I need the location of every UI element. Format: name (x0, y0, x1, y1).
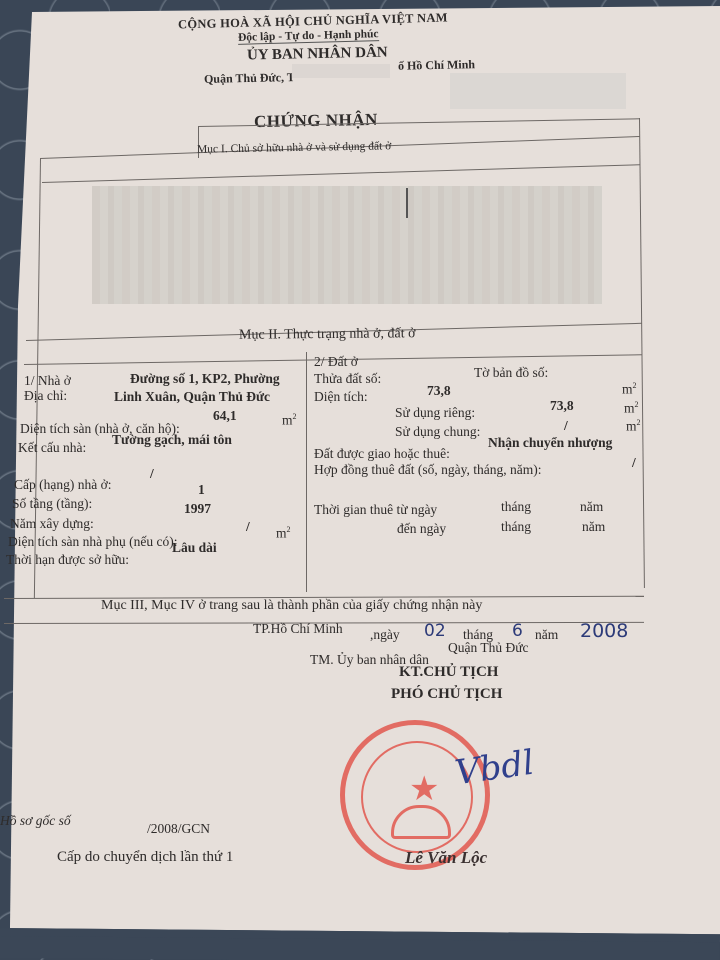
shared-use-unit: m2 (626, 418, 641, 435)
address-label: Địa chỉ: (24, 388, 67, 404)
lease-from-month-label: tháng (501, 499, 531, 515)
issuer-district: Quận Thủ Đức, T (204, 70, 295, 87)
owner-info-redacted (92, 186, 602, 304)
redaction (292, 64, 390, 78)
issuer-city: ố Hồ Chí Minh (398, 57, 475, 74)
land-heading: 2/ Đất ở (314, 354, 358, 370)
date-year-label: năm (535, 627, 558, 643)
aux-area-unit: m2 (276, 525, 291, 542)
grade-value: / (150, 466, 154, 482)
redaction (450, 73, 626, 109)
ownership-term-label: Thời hạn được sở hữu: (6, 552, 129, 568)
year-built-label: Năm xây dựng: (10, 516, 94, 532)
for-chair: KT.CHỦ TỊCH (399, 664, 498, 681)
private-use-unit: m2 (624, 400, 639, 417)
lease-from-label: Thời gian thuê từ ngày (314, 502, 437, 518)
lease-from-year-label: năm (580, 499, 603, 515)
sig-district: Quận Thủ Đức (448, 640, 529, 656)
grade-label: Cấp (hạng) nhà ở: (14, 477, 112, 493)
floors-value: 1 (198, 482, 205, 498)
land-area-unit: m2 (622, 381, 637, 398)
shared-use-label: Sử dụng chung: (395, 424, 480, 440)
transfer-note: Cấp do chuyển dịch lần thứ 1 (57, 849, 233, 866)
page-title: CHỨNG NHẬN (254, 110, 378, 132)
signer-name: Lê Văn Lộc (405, 848, 487, 868)
plot-no-label: Thửa đất số: (314, 371, 381, 387)
date-day: 02 (424, 621, 446, 641)
ownership-term-value: Lâu dài (172, 540, 217, 556)
footer-note: Mục III, Mục IV ở trang sau là thành phầ… (101, 598, 482, 614)
table-surface-bottom (0, 928, 720, 960)
floor-area-value: 64,1 (213, 408, 237, 424)
land-area-label: Diện tích: (314, 389, 368, 405)
floor-area-unit: m2 (282, 412, 297, 429)
house-heading: 1/ Nhà ở (24, 373, 71, 389)
lease-contract-label: Hợp đồng thuê đất (số, ngày, tháng, năm)… (314, 462, 541, 478)
aux-area-label: Diện tích sàn nhà phụ (nếu có): (8, 534, 177, 550)
original-file-value: /2008/GCN (147, 821, 210, 837)
column-divider (306, 352, 307, 592)
lease-contract-value: / (632, 455, 636, 471)
private-use-label: Sử dụng riêng: (395, 405, 475, 421)
date-day-label: ,ngày (370, 627, 400, 643)
aux-area-value: / (246, 519, 250, 535)
issuer: ỦY BAN NHÂN DÂN (247, 45, 388, 65)
lease-to-month-label: tháng (501, 519, 531, 535)
section-2-heading: Mục II. Thực trạng nhà ở, đất ở (239, 326, 416, 344)
shared-use-value: / (564, 418, 568, 434)
allocation-label: Đất được giao hoặc thuê: (314, 446, 450, 462)
original-file-label: Hồ sơ gốc số (0, 813, 71, 829)
star-icon: ★ (409, 773, 439, 807)
map-sheet-label: Tờ bản đồ số: (474, 365, 548, 381)
date-month: 6 (512, 621, 523, 641)
emblem-icon (391, 805, 451, 839)
position-title: PHÓ CHỦ TỊCH (391, 686, 502, 703)
year-built-value: 1997 (184, 501, 211, 517)
place: TP.Hồ Chí Minh (253, 621, 343, 637)
land-area-value: 73,8 (427, 383, 451, 399)
floors-label: Số tầng (tầng): (12, 496, 92, 512)
structure-value: Tường gạch, mái tôn (112, 432, 232, 448)
address-line2: Linh Xuân, Quận Thủ Đức (114, 389, 270, 405)
lease-to-label: đến ngày (397, 521, 446, 537)
lease-to-year-label: năm (582, 519, 605, 535)
allocation-value: Nhận chuyển nhượng (488, 435, 612, 451)
date-year: 2008 (580, 620, 628, 642)
private-use-value: 73,8 (550, 398, 574, 414)
address-line1: Đường số 1, KP2, Phường (130, 371, 280, 387)
redaction-mark (406, 188, 408, 218)
structure-label: Kết cấu nhà: (18, 440, 86, 456)
